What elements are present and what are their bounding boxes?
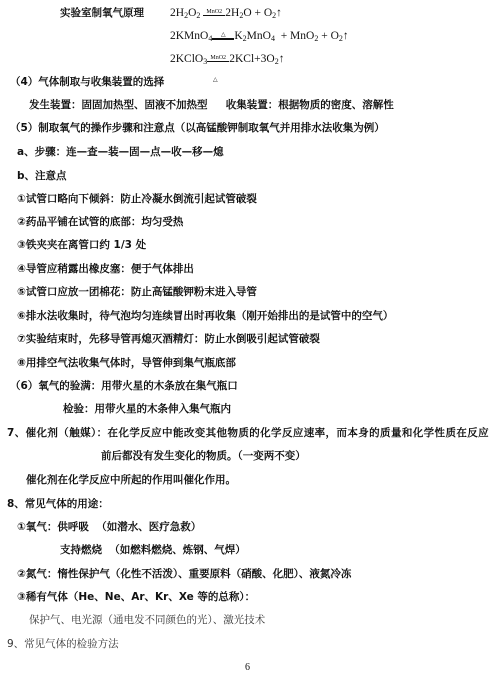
note-item: ⑤试管口应放一团棉花：防止高锰酸钾粉末进入导管: [17, 285, 257, 299]
note-item: ④导管应稍露出橡皮塞：便于气体排出: [17, 262, 194, 276]
section9-title: 9、常见气体的检验方法: [7, 637, 119, 651]
section7-catalyst-def: 7、催化剂（触媒）：在化学反应中能改变其他物质的化学反应速率，而本身的质量和化学…: [7, 426, 489, 440]
equation-kmno4: 2KMnO4△K2MnO4 + MnO2 + O2↑: [170, 29, 349, 43]
section5-title: （5）制取氧气的操作步骤和注意点（以高锰酸钾制取氧气并用排水法收集为例）: [10, 121, 385, 135]
use-nitrogen: ②氮气：惰性保护气（化性不活泼）、重要原料（硝酸、化肥）、液氮冷冻: [17, 567, 351, 581]
use-noble-gases-list: 保护气、电光源（通电发不同颜色的光）、激光技术: [29, 613, 265, 627]
section5-notes-title: b、注意点: [17, 169, 67, 183]
section4-title: （4）气体制取与收集装置的选择: [10, 75, 164, 89]
gas-arrow-icon: ↑: [279, 53, 285, 65]
section4-apparatus: 发生装置：固固加热型、固液不加热型 收集装置：根据物质的密度、溶解性: [29, 98, 394, 112]
page-number: 6: [245, 662, 250, 673]
use-oxygen-combustion: 支持燃烧 （如燃料燃烧、炼钢、气焊）: [60, 543, 246, 557]
principle-label: 实验室制氧气原理: [60, 6, 144, 20]
note-item: ⑧用排空气法收集气体时，导管伸到集气瓶底部: [17, 356, 236, 370]
note-item: ①试管口略向下倾斜：防止冷凝水倒流引起试管破裂: [17, 192, 257, 206]
note-item: ③铁夹夹在离管口约 1/3 处: [17, 238, 146, 252]
note-item: ②药品平铺在试管的底部：均匀受热: [17, 215, 183, 229]
section6-test: 检验：用带火星的木条伸入集气瓶内: [63, 402, 231, 416]
gas-arrow-icon: ↑: [343, 30, 349, 42]
note-item: ⑥排水法收集时，待气泡均匀连续冒出时再收集（刚开始排出的是试管中的空气）: [17, 309, 393, 323]
condition-heat: △: [212, 32, 234, 40]
use-noble-gases: ③稀有气体（He、Ne、Ar、Kr、Xe 等的总称）：: [17, 590, 255, 604]
section7-catalyst-def-cont: 前后都没有发生变化的物质。（一变两不变）: [101, 449, 306, 463]
condition-mno2: MnO2: [203, 9, 225, 16]
condition-mno2: MnO2: [207, 55, 229, 62]
note-item: ⑦实验结束时，先移导管再熄灭酒精灯：防止水倒吸引起试管破裂: [17, 332, 320, 346]
use-oxygen-breathing: ①氧气：供呼吸 （如潜水、医疗急救）: [17, 520, 201, 534]
section7-catalysis: 催化剂在化学反应中所起的作用叫催化作用。: [26, 473, 236, 487]
section5-steps: a、步骤：连—查—装—固—点—收—移—熄: [17, 145, 224, 159]
section6-full-check: （6）氧气的验满：用带火星的木条放在集气瓶口: [10, 379, 238, 393]
equation-kclo3: 2KClO3MnO22KCl+3O2↑: [170, 52, 284, 66]
equation-h2o2: 2H2O2 MnO22H2O + O2↑: [170, 6, 282, 20]
heat-triangle-icon: △: [213, 76, 218, 83]
gas-arrow-icon: ↑: [276, 7, 282, 19]
section8-title: 8、常见气体的用途：: [7, 497, 109, 511]
